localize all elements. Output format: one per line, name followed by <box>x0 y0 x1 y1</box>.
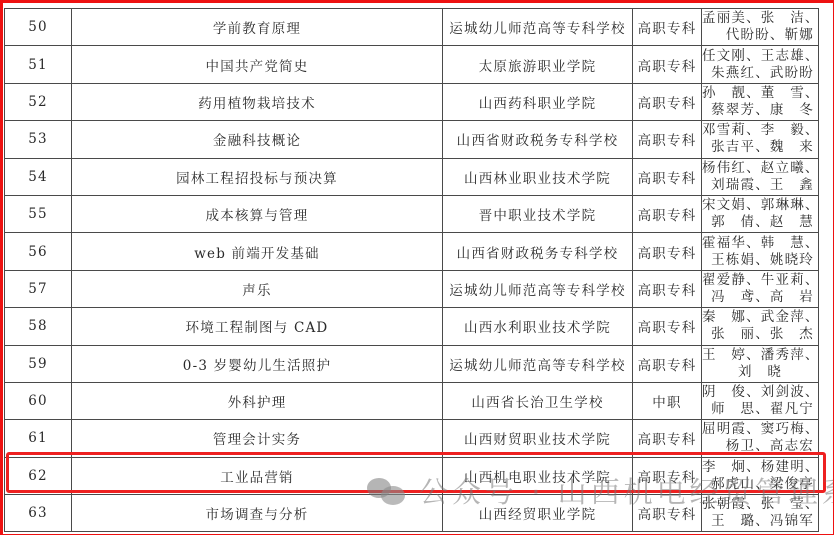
authors-line-2: 杨卫、高志宏 <box>702 438 818 455</box>
table-row: 60 外科护理 山西省长治卫生学校 中职 阴 俊、刘剑波、 师 思、翟凡宁 <box>5 382 819 419</box>
education-level: 高职专科 <box>633 495 702 532</box>
course-name: 学前教育原理 <box>72 9 443 46</box>
authors-line-1: 孙 靓、董 雪、 <box>702 85 818 102</box>
education-level: 高职专科 <box>633 46 702 83</box>
school-name: 山西省长治卫生学校 <box>443 382 633 419</box>
authors: 孟丽美、张 洁、 代盼盼、靳娜 <box>702 9 819 46</box>
authors: 翟爱静、牛亚莉、 冯 鸢、高 岩 <box>702 270 819 307</box>
authors-line-2: 冯 鸢、高 岩 <box>702 289 818 306</box>
row-number: 53 <box>5 121 72 158</box>
school-name: 山西林业职业技术学院 <box>443 158 633 195</box>
authors-line-1: 李 炯、杨建明、 <box>702 459 818 476</box>
education-level: 高职专科 <box>633 195 702 232</box>
table-row: 53 金融科技概论 山西省财政税务专科学校 高职专科 邓雪莉、李 毅、 张吉平、… <box>5 121 819 158</box>
row-number: 62 <box>5 457 72 494</box>
table-row: 63 市场调查与分析 山西经贸职业学院 高职专科 张朝霞、张 莹、 王 璐、冯锦… <box>5 495 819 532</box>
authors-line-2: 代盼盼、靳娜 <box>702 27 818 44</box>
education-level: 高职专科 <box>633 9 702 46</box>
school-name: 太原旅游职业学院 <box>443 46 633 83</box>
school-name: 山西经贸职业学院 <box>443 495 633 532</box>
row-number: 56 <box>5 233 72 270</box>
authors: 霍福华、韩 慧、 王栋娟、姚晓玲 <box>702 233 819 270</box>
table-row: 54 园林工程招投标与预决算 山西林业职业技术学院 高职专科 杨伟红、赵立曦、 … <box>5 158 819 195</box>
authors-line-2: 师 思、翟凡宁 <box>702 401 818 418</box>
authors-line-2: 郭 倩、赵 慧 <box>702 214 818 231</box>
school-name: 山西省财政税务专科学校 <box>443 233 633 270</box>
course-name: 声乐 <box>72 270 443 307</box>
table-row: 57 声乐 运城幼儿师范高等专科学校 高职专科 翟爱静、牛亚莉、 冯 鸢、高 岩 <box>5 270 819 307</box>
school-name: 晋中职业技术学院 <box>443 195 633 232</box>
table-row: 52 药用植物栽培技术 山西药科职业学院 高职专科 孙 靓、董 雪、 蔡翠芳、康… <box>5 83 819 120</box>
school-name: 运城幼儿师范高等专科学校 <box>443 345 633 382</box>
authors: 秦 娜、武金萍、 张 丽、张 杰 <box>702 308 819 345</box>
course-name: 成本核算与管理 <box>72 195 443 232</box>
course-name: 市场调查与分析 <box>72 495 443 532</box>
row-number: 57 <box>5 270 72 307</box>
course-name: 环境工程制图与 CAD <box>72 308 443 345</box>
authors-line-2: 刘瑞霞、王 錱 <box>702 177 818 194</box>
education-level: 高职专科 <box>633 233 702 270</box>
table-row: 56 web 前端开发基础 山西省财政税务专科学校 高职专科 霍福华、韩 慧、 … <box>5 233 819 270</box>
education-level: 高职专科 <box>633 83 702 120</box>
authors-line-1: 霍福华、韩 慧、 <box>702 235 818 252</box>
school-name: 山西财贸职业技术学院 <box>443 420 633 457</box>
course-name: 工业品营销 <box>72 457 443 494</box>
school-name: 山西机电职业技术学院 <box>443 457 633 494</box>
authors: 孙 靓、董 雪、 蔡翠芳、康 冬 <box>702 83 819 120</box>
education-level: 高职专科 <box>633 457 702 494</box>
school-name: 山西药科职业学院 <box>443 83 633 120</box>
table-row: 61 管理会计实务 山西财贸职业技术学院 高职专科 屈明霞、窦巧梅、 杨卫、高志… <box>5 420 819 457</box>
row-number: 50 <box>5 9 72 46</box>
education-level: 高职专科 <box>633 345 702 382</box>
row-number: 52 <box>5 83 72 120</box>
course-table: 50 学前教育原理 运城幼儿师范高等专科学校 高职专科 孟丽美、张 洁、 代盼盼… <box>4 8 819 532</box>
school-name: 山西省财政税务专科学校 <box>443 121 633 158</box>
authors: 杨伟红、赵立曦、 刘瑞霞、王 錱 <box>702 158 819 195</box>
authors: 李 炯、杨建明、 郝虎山、梁俊亭 <box>702 457 819 494</box>
row-number: 61 <box>5 420 72 457</box>
row-number: 54 <box>5 158 72 195</box>
authors: 张朝霞、张 莹、 王 璐、冯锦军 <box>702 495 819 532</box>
authors-line-1: 张朝霞、张 莹、 <box>702 496 818 513</box>
table-row: 50 学前教育原理 运城幼儿师范高等专科学校 高职专科 孟丽美、张 洁、 代盼盼… <box>5 9 819 46</box>
row-number: 58 <box>5 308 72 345</box>
authors-line-2: 郝虎山、梁俊亭 <box>702 476 818 493</box>
authors-line-1: 宋文娟、郭琳琳、 <box>702 197 818 214</box>
table-row: 51 中国共产党简史 太原旅游职业学院 高职专科 任文刚、王志雄、 朱燕红、武盼… <box>5 46 819 83</box>
table-row: 55 成本核算与管理 晋中职业技术学院 高职专科 宋文娟、郭琳琳、 郭 倩、赵 … <box>5 195 819 232</box>
row-number: 55 <box>5 195 72 232</box>
course-name: 中国共产党简史 <box>72 46 443 83</box>
authors-line-1: 杨伟红、赵立曦、 <box>702 160 818 177</box>
education-level: 高职专科 <box>633 420 702 457</box>
authors: 任文刚、王志雄、 朱燕红、武盼盼 <box>702 46 819 83</box>
authors-line-1: 屈明霞、窦巧梅、 <box>702 421 818 438</box>
row-number: 63 <box>5 495 72 532</box>
authors: 王 婷、潘秀萍、 刘 晓 <box>702 345 819 382</box>
authors-line-1: 王 婷、潘秀萍、 <box>702 347 818 364</box>
authors-line-1: 翟爱静、牛亚莉、 <box>702 272 818 289</box>
authors-line-2: 王 璐、冯锦军 <box>702 513 818 530</box>
authors-line-1: 任文刚、王志雄、 <box>702 48 818 65</box>
authors-line-2: 刘 晓 <box>702 364 818 381</box>
authors-line-2: 朱燕红、武盼盼 <box>702 65 818 82</box>
course-name: 药用植物栽培技术 <box>72 83 443 120</box>
education-level: 中职 <box>633 382 702 419</box>
table-row: 58 环境工程制图与 CAD 山西水利职业技术学院 高职专科 秦 娜、武金萍、 … <box>5 308 819 345</box>
authors-line-2: 蔡翠芳、康 冬 <box>702 102 818 119</box>
course-name: 0-3 岁婴幼儿生活照护 <box>72 345 443 382</box>
authors-line-1: 孟丽美、张 洁、 <box>702 10 818 27</box>
authors-line-2: 王栋娟、姚晓玲 <box>702 252 818 269</box>
course-name: 管理会计实务 <box>72 420 443 457</box>
row-number: 59 <box>5 345 72 382</box>
table-row-highlighted: 62 工业品营销 山西机电职业技术学院 高职专科 李 炯、杨建明、 郝虎山、梁俊… <box>5 457 819 494</box>
school-name: 运城幼儿师范高等专科学校 <box>443 270 633 307</box>
table-row: 59 0-3 岁婴幼儿生活照护 运城幼儿师范高等专科学校 高职专科 王 婷、潘秀… <box>5 345 819 382</box>
authors: 邓雪莉、李 毅、 张吉平、魏 来 <box>702 121 819 158</box>
course-name: 金融科技概论 <box>72 121 443 158</box>
course-name: 外科护理 <box>72 382 443 419</box>
authors-line-2: 张 丽、张 杰 <box>702 326 818 343</box>
course-name: 园林工程招投标与预决算 <box>72 158 443 195</box>
authors: 阴 俊、刘剑波、 师 思、翟凡宁 <box>702 382 819 419</box>
course-name: web 前端开发基础 <box>72 233 443 270</box>
education-level: 高职专科 <box>633 270 702 307</box>
school-name: 山西水利职业技术学院 <box>443 308 633 345</box>
authors: 屈明霞、窦巧梅、 杨卫、高志宏 <box>702 420 819 457</box>
school-name: 运城幼儿师范高等专科学校 <box>443 9 633 46</box>
education-level: 高职专科 <box>633 158 702 195</box>
row-number: 60 <box>5 382 72 419</box>
authors-line-1: 秦 娜、武金萍、 <box>702 309 818 326</box>
education-level: 高职专科 <box>633 308 702 345</box>
education-level: 高职专科 <box>633 121 702 158</box>
authors: 宋文娟、郭琳琳、 郭 倩、赵 慧 <box>702 195 819 232</box>
authors-line-1: 阴 俊、刘剑波、 <box>702 384 818 401</box>
authors-line-1: 邓雪莉、李 毅、 <box>702 122 818 139</box>
authors-line-2: 张吉平、魏 来 <box>702 139 818 156</box>
row-number: 51 <box>5 46 72 83</box>
